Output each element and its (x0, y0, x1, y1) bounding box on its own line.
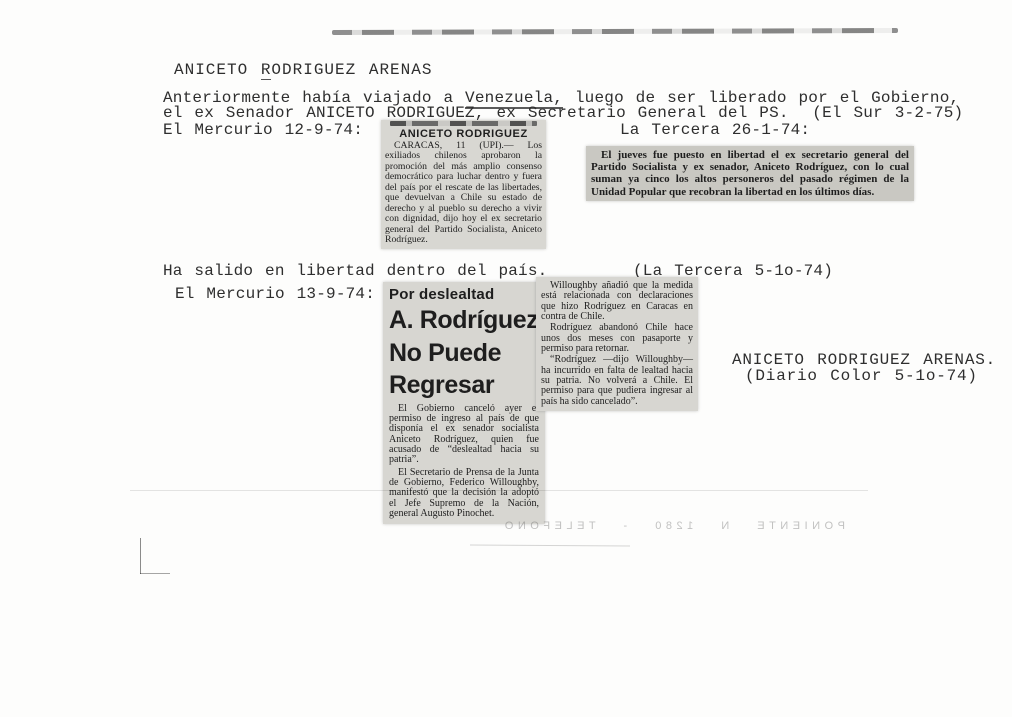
scanned-document-page: ANICETO RODRIGUEZ ARENAS Anteriormente h… (0, 0, 1012, 717)
right-caption-line-1: ANICETO RODRIGUEZ ARENAS. (732, 352, 996, 368)
clipping-main-paragraph-2: El Secretario de Prensa de la Junta de G… (389, 468, 539, 520)
source-label-la-tercera-26-1-74: La Tercera 26-1-74: (620, 122, 810, 138)
clipping-cutoff-band-artifact (390, 121, 538, 126)
clipping-la-tercera-body: El jueves fue puesto en libertad el ex s… (591, 149, 909, 198)
clipping-upi-headline: ANICETO RODRIGUEZ (385, 128, 542, 140)
source-label-el-mercurio-12-9-74: El Mercurio 12-9-74: (163, 122, 363, 138)
title-post: ODRIGUEZ ARENAS (271, 61, 432, 79)
clipping-upi-body: CARACAS, 11 (UPI).— Los exiliados chilen… (385, 141, 542, 246)
scan-squiggle-artifact (470, 544, 630, 546)
clipping-col2-paragraph-1: Willoughby añadió que la medida está rel… (541, 281, 693, 322)
middle-statement: Ha salido en libertad dentro del país. (163, 263, 547, 279)
clipping-kicker: Por deslealtad (389, 286, 539, 304)
clipping-main-paragraph-1: El Gobierno canceló ayer el permiso de i… (389, 404, 539, 466)
clipping-la-tercera: El jueves fue puesto en libertad el ex s… (586, 146, 914, 201)
clipping-headline-line-2: No Puede (389, 337, 539, 370)
clipping-headline-line-3: Regresar (389, 369, 539, 402)
bleedthrough-mirrored-text: PONIENTE N 1280 - TELEFONO (285, 520, 845, 532)
clipping-col2-paragraph-2: Rodríguez abandonó Chile hace unos dos m… (541, 323, 693, 354)
right-caption-line-2: (Diario Color 5-1o-74) (745, 368, 978, 384)
clipping-el-mercurio-column-2: Willoughby añadió que la medida está rel… (536, 277, 698, 411)
faint-horizontal-rule-artifact (130, 490, 868, 491)
title-pre: ANICETO (174, 61, 261, 79)
clipping-el-mercurio-upi: ANICETO RODRIGUEZ CARACAS, 11 (UPI).— Lo… (381, 120, 546, 249)
source-label-el-mercurio-13-9-74: El Mercurio 13-9-74: (175, 286, 375, 302)
intro-line-2: el ex Senador ANICETO RODRIGUEZ, ex Secr… (163, 105, 963, 121)
document-title: ANICETO RODRIGUEZ ARENAS (174, 62, 432, 78)
title-underlined-letter: R (261, 61, 272, 80)
clipping-col2-paragraph-3: “Rodríguez —dijo Willoughby— ha incurrid… (541, 355, 693, 407)
scan-smudge-artifact (332, 28, 898, 35)
clipping-el-mercurio-headline: Por deslealtad A. Rodríguez No Puede Reg… (383, 282, 545, 524)
page-corner-mark-horizontal (140, 573, 170, 574)
clipping-headline-line-1: A. Rodríguez (389, 304, 539, 337)
page-corner-mark-vertical (140, 538, 141, 574)
